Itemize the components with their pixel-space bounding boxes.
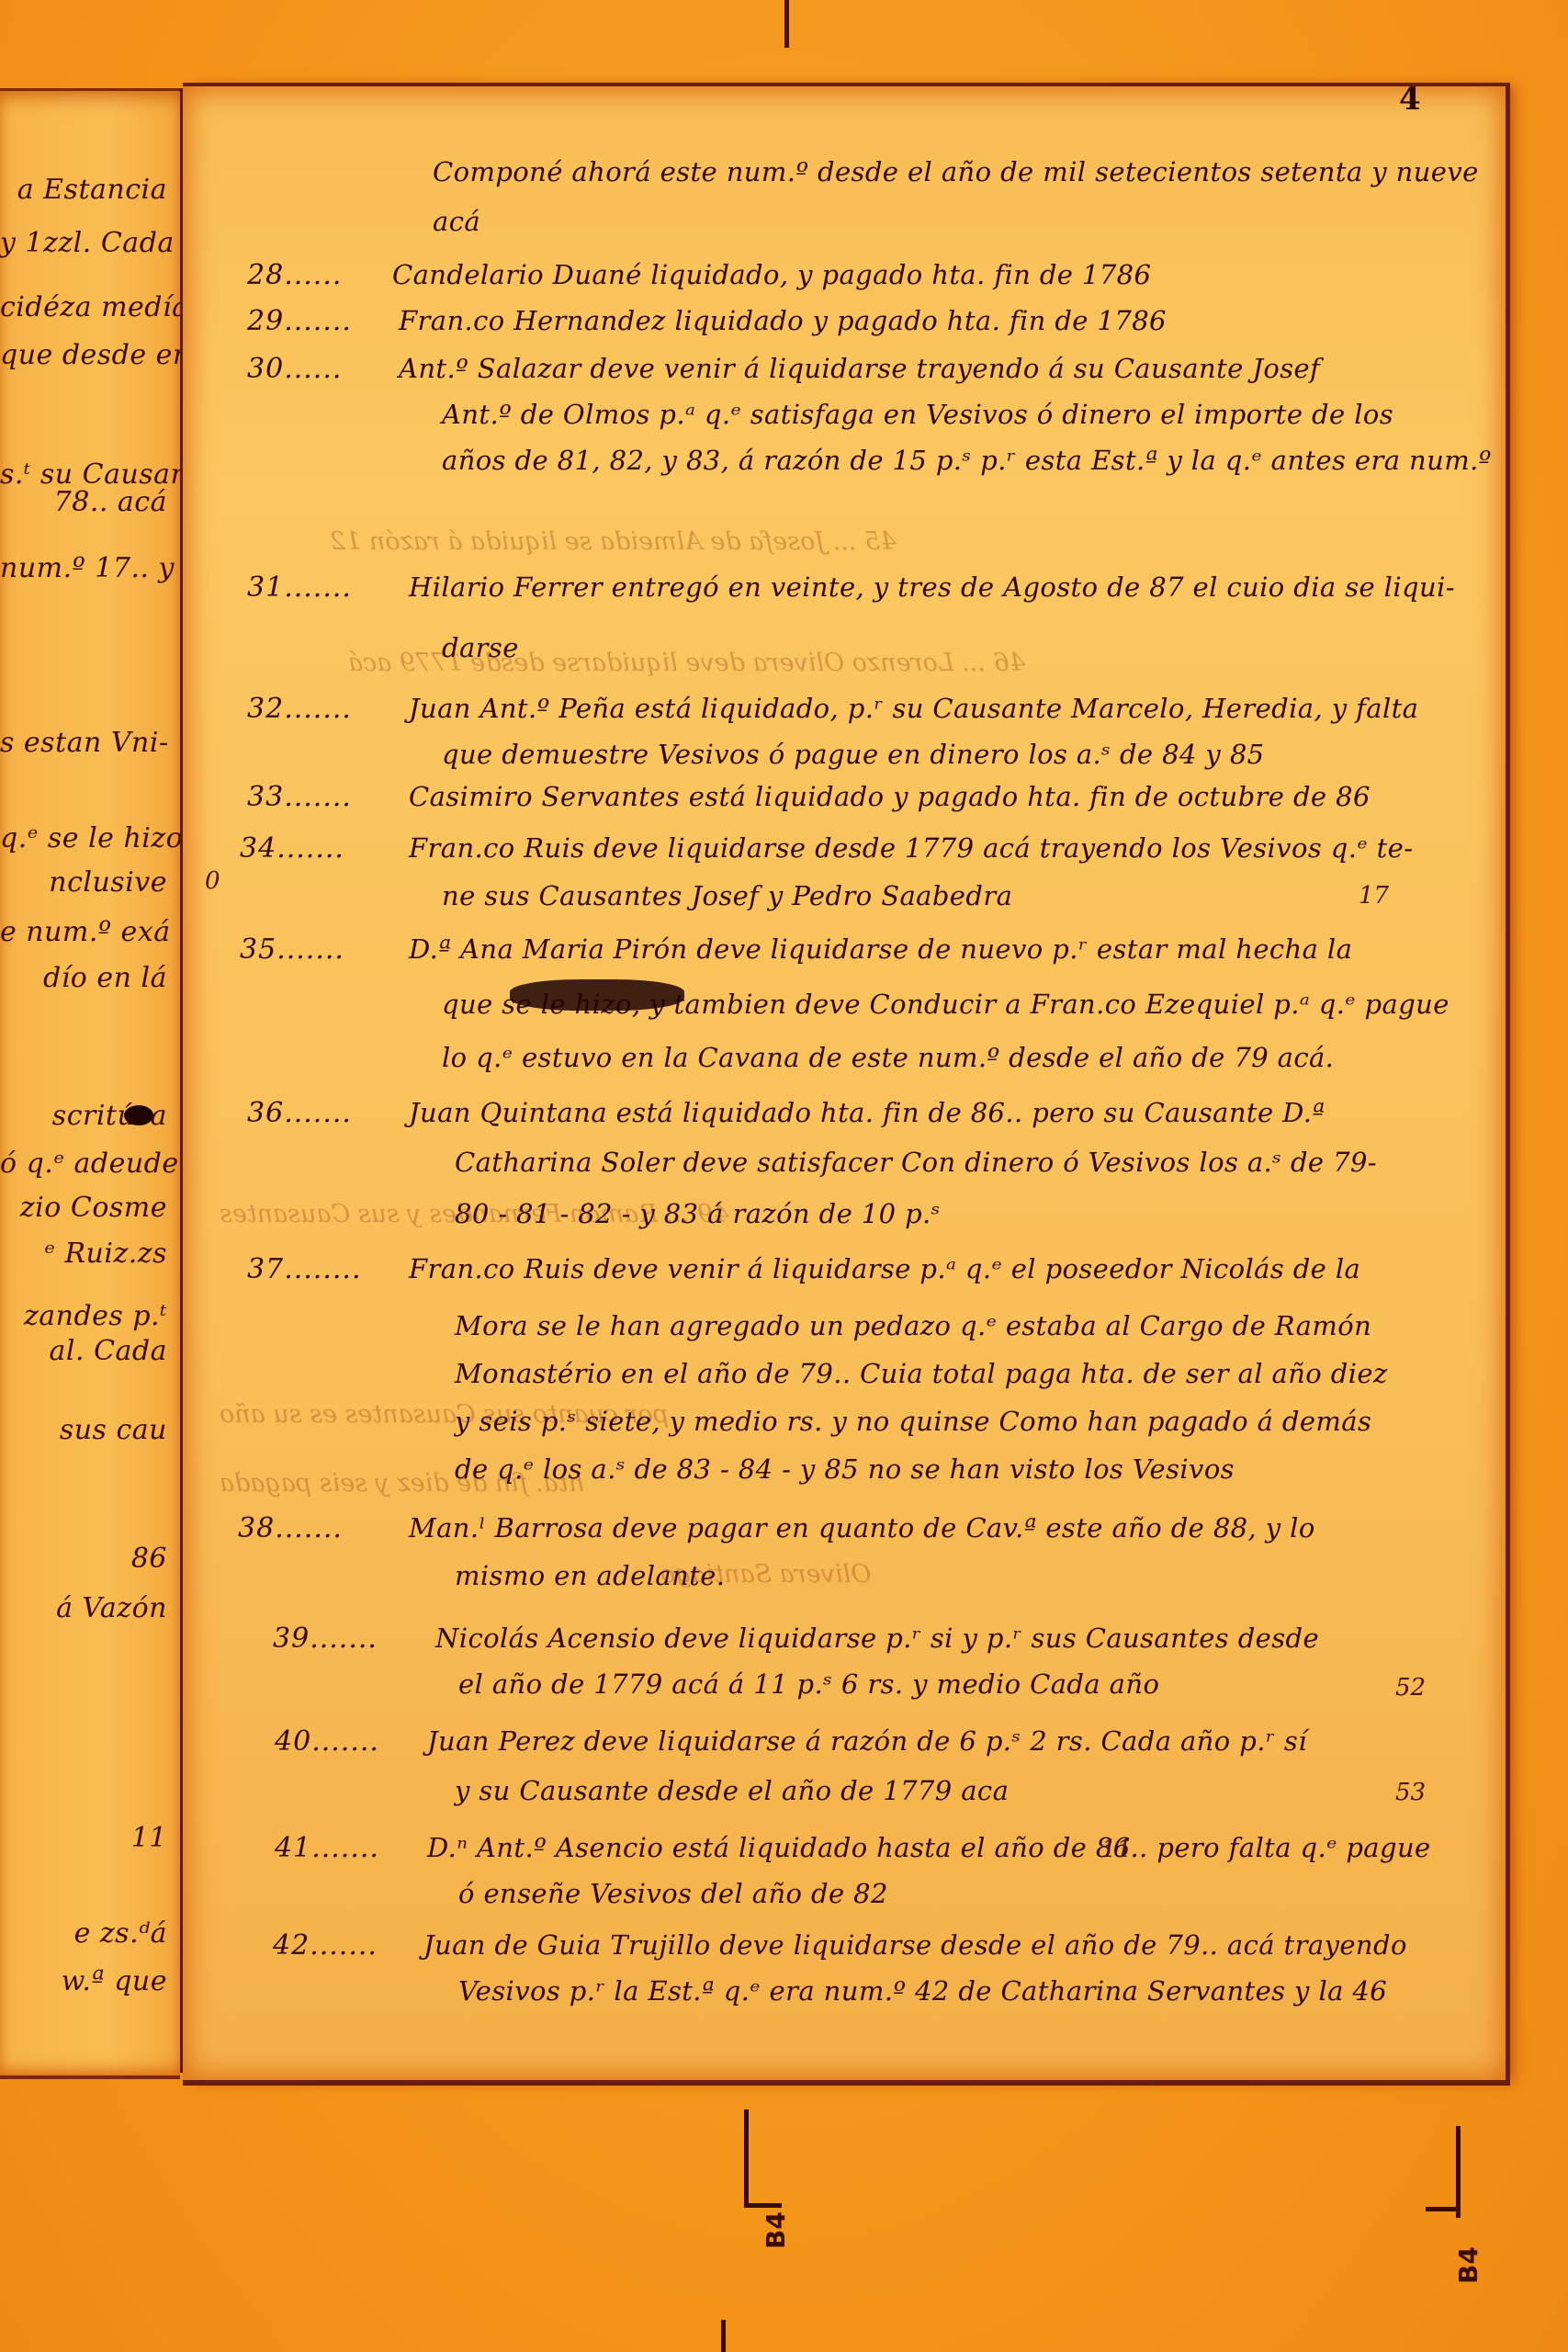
entry-number: 38....... xyxy=(238,1512,343,1544)
left-page-line: w.ª que xyxy=(0,1965,167,1997)
ink-scribble-blot xyxy=(510,979,684,1011)
left-page-line: num.º 17.. y 18 xyxy=(0,552,167,584)
left-page: a Estancia y 1zzl. Cada cidéza medía que… xyxy=(0,88,180,2079)
entry-text: años de 81, 82, y 83, á razón de 15 p.ˢ … xyxy=(442,445,1492,476)
folio-number: 4 xyxy=(1399,81,1421,118)
entry-text: ó enseñe Vesivos del año de 82 xyxy=(458,1878,888,1909)
entry-text: Ant.º Salazar deve venir á liquidarse tr… xyxy=(399,353,1320,384)
entry-number: 28...... xyxy=(247,259,342,291)
left-page-line: y 1zzl. Cada xyxy=(0,227,167,259)
margin-mark: 52 xyxy=(1395,1674,1426,1702)
entry-number: 34....... xyxy=(240,832,344,865)
entry-text: Juan de Guia Trujillo deve liquidarse de… xyxy=(423,1929,1407,1961)
margin-mark: 17 xyxy=(1359,882,1389,910)
archive-marker: B4 xyxy=(761,2211,791,2249)
archive-marker: B4 xyxy=(1453,2246,1483,2284)
left-page-line: al. Cada xyxy=(0,1335,167,1367)
entry-text: mismo en adelante. xyxy=(455,1560,725,1591)
left-page-line: s estan Vni- xyxy=(0,727,167,759)
entry-text: Fran.co Hernandez liquidado y pagado hta… xyxy=(399,305,1167,336)
crop-mark-foot xyxy=(1426,2207,1461,2211)
entry-number: 37........ xyxy=(247,1253,361,1285)
entry-text: Catharina Soler deve satisfacer Con dine… xyxy=(455,1147,1377,1178)
left-page-line: 11 xyxy=(0,1822,167,1854)
left-page-line: e zs.ᵈá xyxy=(0,1917,167,1950)
entry-text: Mora se le han agregado un pedazo q.ᵉ es… xyxy=(455,1310,1371,1341)
entry-text: y su Causante desde el año de 1779 aca xyxy=(455,1775,1009,1806)
entry-text: D.ª Ana Maria Pirón deve liquidarse de n… xyxy=(409,933,1352,965)
left-page-line: nclusive xyxy=(0,866,167,899)
entry-text: Man.ˡ Barrosa deve pagar en quanto de Ca… xyxy=(409,1512,1315,1543)
margin-mark: 53 xyxy=(1395,1779,1426,1806)
entry-text: Casimiro Servantes está liquidado y paga… xyxy=(409,781,1371,812)
scan-alignment-tick xyxy=(784,0,789,48)
entry-text: Fran.co Ruis deve venir á liquidarse p.ᵃ… xyxy=(409,1253,1360,1284)
entry-text: 80 - 81 - 82 - y 83 á razón de 10 p.ˢ xyxy=(455,1198,941,1229)
left-page-line: cidéza medía xyxy=(0,291,167,323)
entry-number: 41....... xyxy=(275,1832,379,1864)
right-page: 45 ... Josefa de Almeida se liquida á ra… xyxy=(183,83,1510,2086)
entry-text: Hilario Ferrer entregó en veinte, y tres… xyxy=(409,571,1455,603)
left-page-line: 78.. acá xyxy=(0,486,167,518)
entry-number: 39....... xyxy=(273,1623,378,1655)
entry-text: que demuestre Vesivos ó pague en dinero … xyxy=(442,739,1265,770)
left-page-line: zandes p.ᵗ xyxy=(0,1300,167,1332)
margin-mark: 0 xyxy=(205,867,220,895)
entry-text: el año de 1779 acá á 11 p.ˢ 6 rs. y medi… xyxy=(458,1668,1159,1700)
left-page-line: sus cau xyxy=(0,1414,167,1446)
entry-number: 35....... xyxy=(240,933,344,966)
crop-mark-bracket xyxy=(1456,2126,1461,2218)
entry-text: de q.ᵉ los a.ˢ de 83 - 84 - y 85 no se h… xyxy=(455,1453,1235,1485)
entry-text: Juan Quintana está liquidado hta. fin de… xyxy=(409,1097,1325,1128)
entry-text: Juan Perez deve liquidarse á razón de 6 … xyxy=(427,1725,1307,1757)
crop-mark-tick xyxy=(721,2320,726,2352)
left-page-line: a Estancia xyxy=(0,174,167,206)
left-page-line: zio Cosme xyxy=(0,1192,167,1224)
entry-number: 42....... xyxy=(273,1929,378,1962)
margin-mark: 11 xyxy=(1101,1836,1132,1863)
left-page-line: ó q.ᵉ adeude xyxy=(0,1148,167,1180)
bleed-through-text: 45 ... Josefa de Almeida se liquida á ra… xyxy=(330,527,896,556)
entry-text: ne sus Causantes Josef y Pedro Saabedra xyxy=(442,880,1012,911)
entry-text: Monastério en el año de 79.. Cuia total … xyxy=(455,1358,1388,1389)
left-page-line: 86 xyxy=(0,1543,167,1575)
entry-text: lo q.ᵉ estuvo en la Cavana de este num.º… xyxy=(442,1042,1334,1073)
entry-text: Candelario Duané liquidado, y pagado hta… xyxy=(392,259,1151,290)
left-page-line: ᵉ Ruiz.zs xyxy=(0,1238,167,1270)
crop-mark-bracket xyxy=(744,2109,782,2208)
entry-number: 31....... xyxy=(247,571,352,604)
ink-blot xyxy=(124,1105,153,1125)
left-page-line: e num.º exá xyxy=(0,916,167,948)
entry-text: Nicolás Acensio deve liquidarse p.ʳ si y… xyxy=(435,1623,1319,1654)
entry-text: Juan Ant.º Peña está liquidado, p.ʳ su C… xyxy=(409,693,1418,724)
left-page-line: que desde en- xyxy=(0,339,167,371)
entry-number: 32....... xyxy=(247,693,352,725)
left-page-line: á Vazón xyxy=(0,1592,167,1624)
entry-number: 33....... xyxy=(247,781,352,813)
left-page-line: q.ᵉ se le hizo xyxy=(0,822,167,854)
entry-number: 36....... xyxy=(247,1097,352,1129)
entry-text: darse xyxy=(442,632,519,663)
entry-text: y seis p.ˢ siete, y medio rs. y no quins… xyxy=(455,1406,1371,1437)
entry-text: Fran.co Ruis deve liquidarse desde 1779 … xyxy=(409,832,1413,864)
entry-text: Vesivos p.ʳ la Est.ª q.ᵉ era num.º 42 de… xyxy=(458,1975,1387,2007)
entry-text: Ant.º de Olmos p.ᵃ q.ᵉ satisfaga en Vesi… xyxy=(442,399,1393,430)
entry-number: 30...... xyxy=(247,353,342,385)
left-page-line: dío en lá xyxy=(0,962,167,994)
entry-text: D.ⁿ Ant.º Asencio está liquidado hasta e… xyxy=(427,1832,1431,1863)
intro-line: acá xyxy=(433,206,480,237)
intro-line: Componé ahorá este num.º desde el año de… xyxy=(433,156,1479,187)
entry-number: 29....... xyxy=(247,305,352,337)
entry-number: 40....... xyxy=(275,1725,379,1758)
